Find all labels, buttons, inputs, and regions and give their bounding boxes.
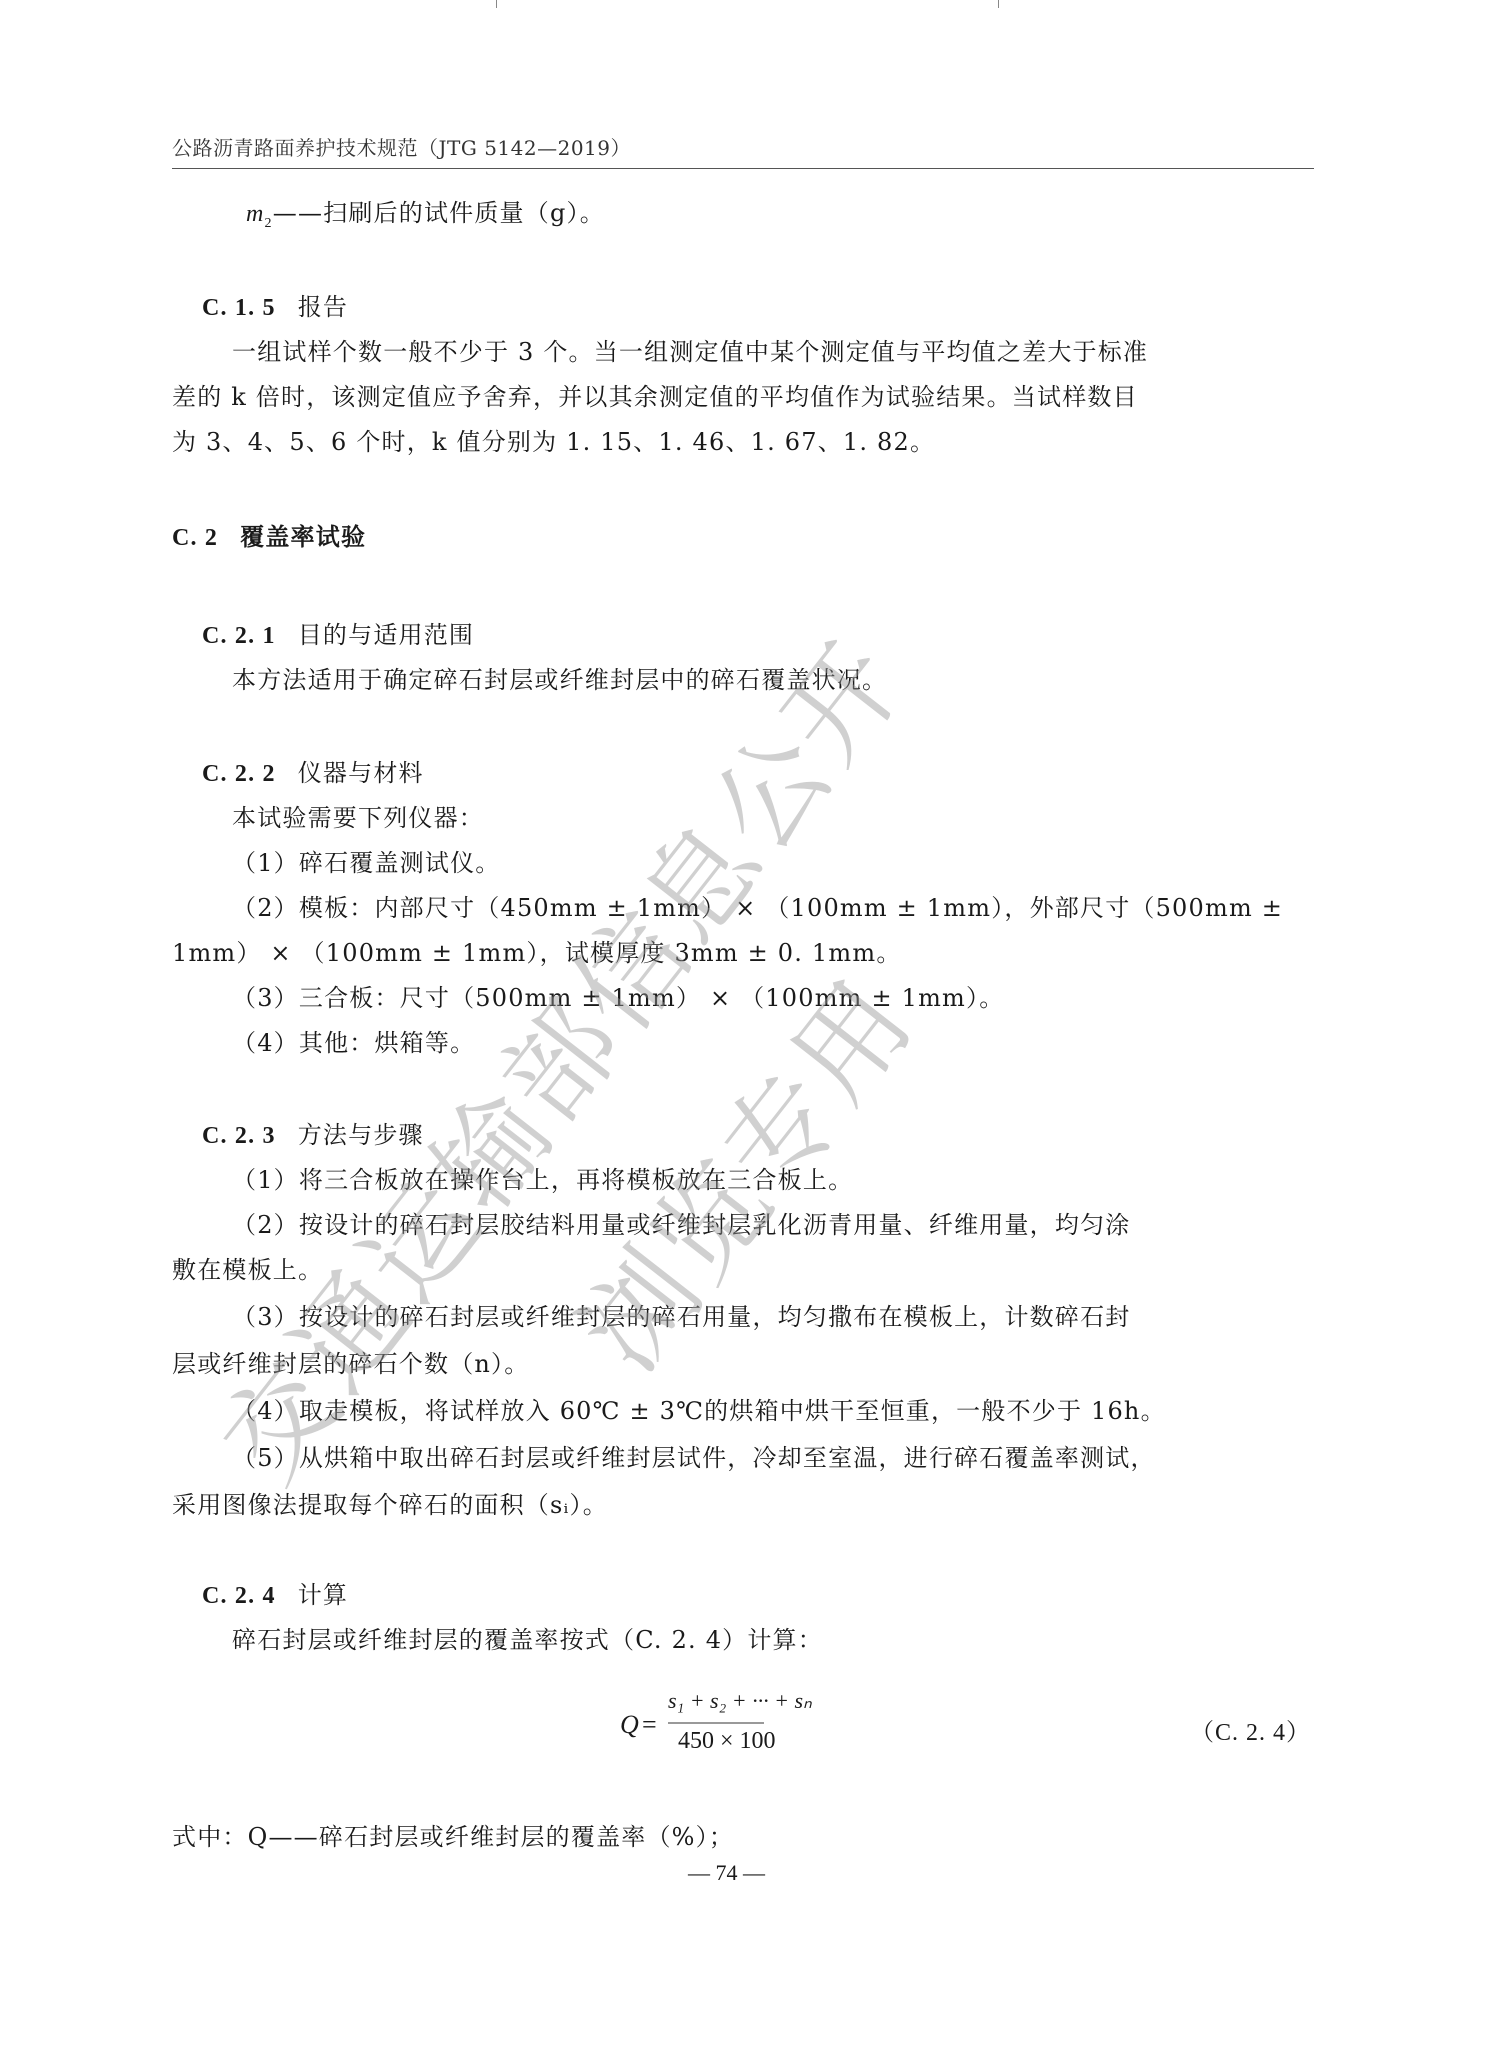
paragraph-line: 差的 k 倍时，该测定值应予舍弃，并以其余测定值的平均值作为试验结果。当试样数目 bbox=[172, 382, 1138, 412]
formula-equals: = bbox=[642, 1710, 657, 1740]
step-line: （1）将三合板放在操作台上，再将模板放在三合板上。 bbox=[232, 1165, 853, 1195]
formula-numerator: s₁ + s₂ + ··· + sₙ bbox=[668, 1688, 812, 1714]
section-title: 计算 bbox=[298, 1581, 348, 1609]
section-heading-c24: C. 2. 4计算 bbox=[202, 1580, 348, 1611]
section-number: C. 1. 5 bbox=[202, 295, 276, 321]
section-heading-c2: C. 2覆盖率试验 bbox=[172, 522, 366, 553]
section-number: C. 2. 2 bbox=[202, 761, 276, 787]
formula-number: （C. 2. 4） bbox=[1190, 1712, 1311, 1747]
list-item-continuation: 1mm） × （100mm ± 1mm），试模厚度 3mm ± 0. 1mm。 bbox=[172, 938, 902, 968]
list-item: （4）其他：烘箱等。 bbox=[232, 1028, 475, 1058]
section-title: 目的与适用范围 bbox=[298, 621, 474, 649]
step-line-continuation: 敷在模板上。 bbox=[172, 1255, 323, 1285]
page-number: — 74 — bbox=[688, 1860, 765, 1886]
variable-definition-m2: m2——扫刷后的试件质量（g）。 bbox=[246, 198, 605, 239]
running-header: 公路沥青路面养护技术规范（JTG 5142—2019） bbox=[172, 132, 631, 161]
section-number: C. 2. 4 bbox=[202, 1583, 276, 1609]
section-heading-c15: C. 1. 5报告 bbox=[202, 292, 348, 323]
header-rule bbox=[172, 168, 1314, 169]
section-title: 覆盖率试验 bbox=[240, 522, 366, 551]
formula-lhs: Q bbox=[620, 1710, 639, 1740]
section-heading-c22: C. 2. 2仪器与材料 bbox=[202, 758, 424, 789]
paragraph-line: 为 3、4、5、6 个时，k 值分别为 1. 15、1. 46、1. 67、1.… bbox=[172, 427, 935, 457]
variable-description: ——扫刷后的试件质量（g）。 bbox=[273, 199, 605, 227]
paragraph-line: 一组试样个数一般不少于 3 个。当一组测定值中某个测定值与平均值之差大于标准 bbox=[232, 337, 1148, 367]
formula-denominator: 450 × 100 bbox=[678, 1728, 776, 1755]
section-number: C. 2. 3 bbox=[202, 1123, 276, 1149]
section-title: 方法与步骤 bbox=[298, 1121, 424, 1149]
step-line: （2）按设计的碎石封层胶结料用量或纤维封层乳化沥青用量、纤维用量，均匀涂 bbox=[232, 1210, 1130, 1240]
section-heading-c21: C. 2. 1目的与适用范围 bbox=[202, 620, 474, 651]
crop-mark-right bbox=[998, 0, 999, 8]
crop-mark-left bbox=[496, 0, 497, 8]
step-line: （5）从烘箱中取出碎石封层或纤维封层试件，冷却至室温，进行碎石覆盖率测试， bbox=[232, 1443, 1156, 1473]
section-number: C. 2 bbox=[172, 525, 218, 551]
section-title: 仪器与材料 bbox=[298, 759, 424, 787]
section-number: C. 2. 1 bbox=[202, 623, 276, 649]
list-item: （1）碎石覆盖测试仪。 bbox=[232, 848, 500, 878]
paragraph-line: 本试验需要下列仪器： bbox=[232, 803, 484, 833]
section-heading-c23: C. 2. 3方法与步骤 bbox=[202, 1120, 424, 1151]
step-line: （3）按设计的碎石封层或纤维封层的碎石用量，均匀撒布在模板上，计数碎石封 bbox=[232, 1302, 1130, 1332]
fraction-bar bbox=[668, 1722, 764, 1724]
paragraph-line: 碎石封层或纤维封层的覆盖率按式（C. 2. 4）计算： bbox=[232, 1625, 823, 1655]
coverage-formula: Q = s₁ + s₂ + ··· + sₙ 450 × 100 bbox=[620, 1688, 880, 1768]
variable-subscript: 2 bbox=[265, 216, 273, 231]
list-item: （2）模板：内部尺寸（450mm ± 1mm） × （100mm ± 1mm），… bbox=[232, 893, 1283, 923]
step-line-continuation: 层或纤维封层的碎石个数（n）。 bbox=[172, 1349, 529, 1379]
step-line-continuation: 采用图像法提取每个碎石的面积（sᵢ）。 bbox=[172, 1490, 608, 1520]
section-title: 报告 bbox=[298, 293, 348, 321]
list-item: （3）三合板：尺寸（500mm ± 1mm） × （100mm ± 1mm）。 bbox=[232, 983, 1004, 1013]
where-definition: 式中：Q——碎石封层或纤维封层的覆盖率（%）； bbox=[172, 1822, 734, 1852]
variable-symbol: m bbox=[246, 201, 265, 227]
paragraph-line: 本方法适用于确定碎石封层或纤维封层中的碎石覆盖状况。 bbox=[232, 665, 887, 695]
step-line: （4）取走模板，将试样放入 60℃ ± 3℃的烘箱中烘干至恒重，一般不少于 16… bbox=[232, 1396, 1166, 1426]
